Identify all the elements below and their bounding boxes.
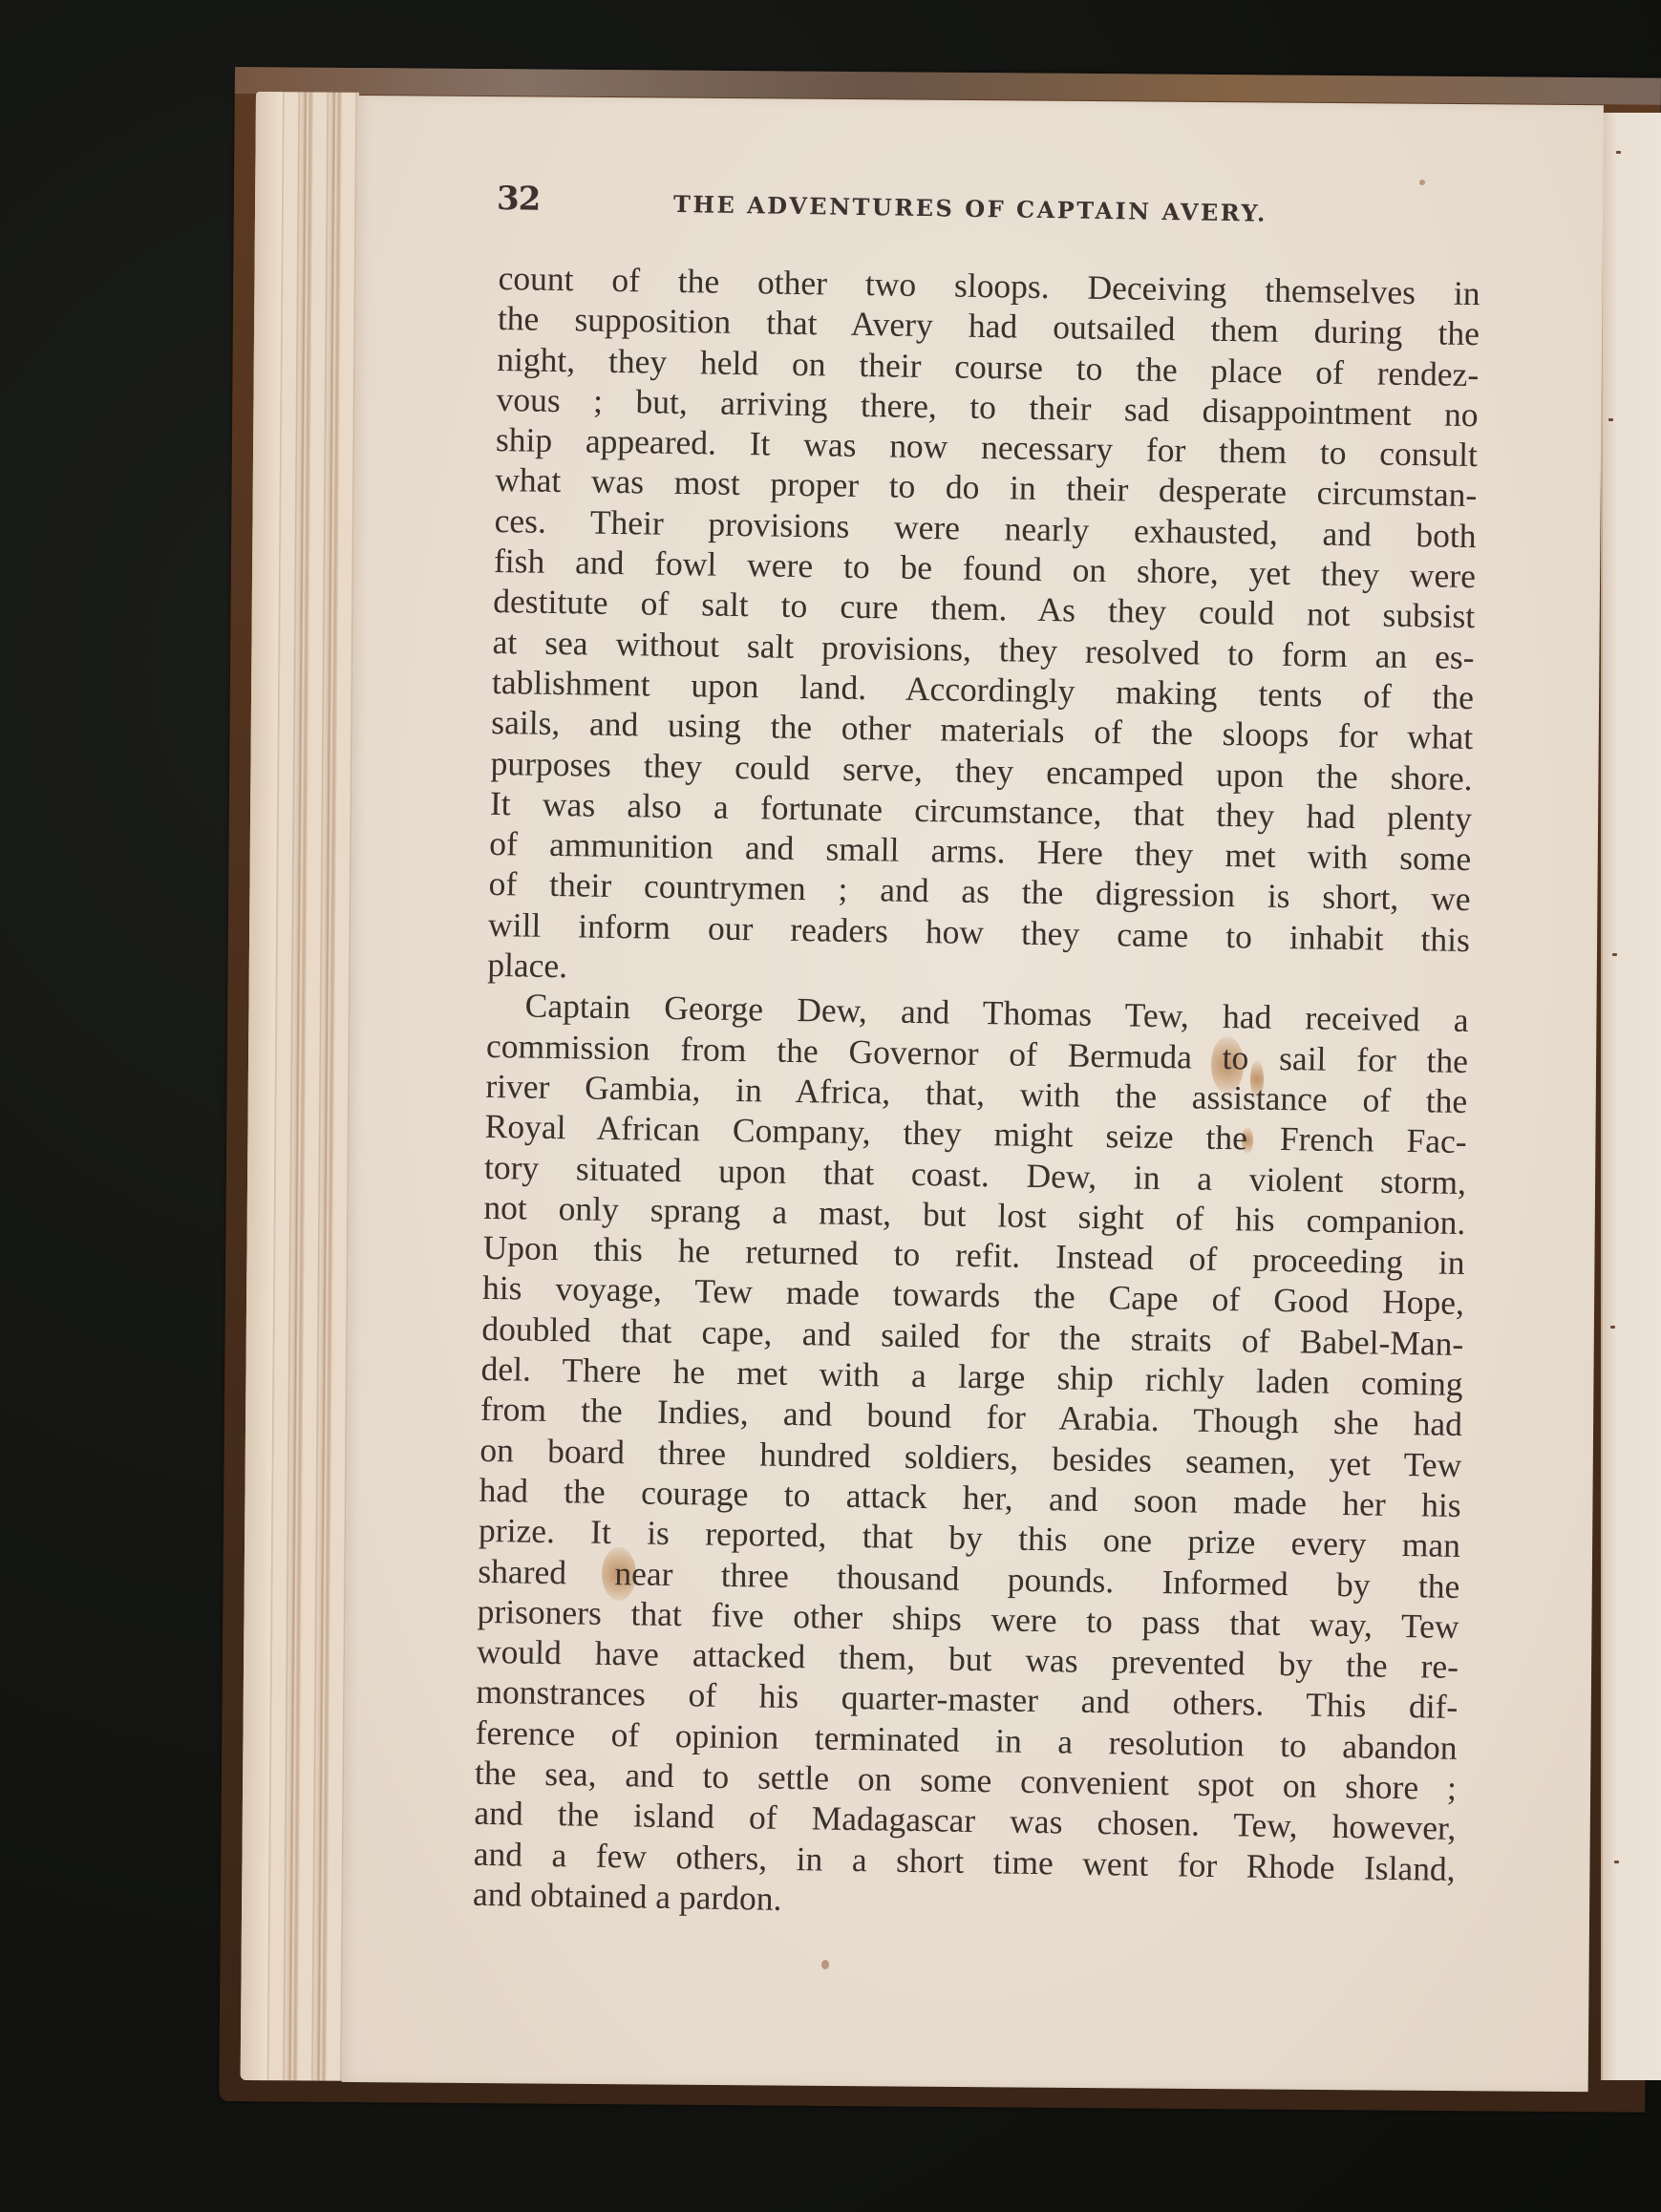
- paragraph: count of the other two sloops. Deceiving…: [487, 258, 1480, 1000]
- paper-speck: [1419, 180, 1425, 185]
- page-number: 32: [497, 180, 541, 219]
- body-text: count of the other two sloops. Deceiving…: [473, 258, 1480, 1929]
- paragraph: Captain George Dew, and Thomas Tew, had …: [473, 985, 1469, 1929]
- paper-speck: [821, 1960, 829, 1969]
- running-head-title: THE ADVENTURES OF CAPTAIN AVERY.: [673, 190, 1267, 227]
- facing-page-edge: [1601, 113, 1661, 2080]
- page-edges-stack: [241, 92, 359, 2081]
